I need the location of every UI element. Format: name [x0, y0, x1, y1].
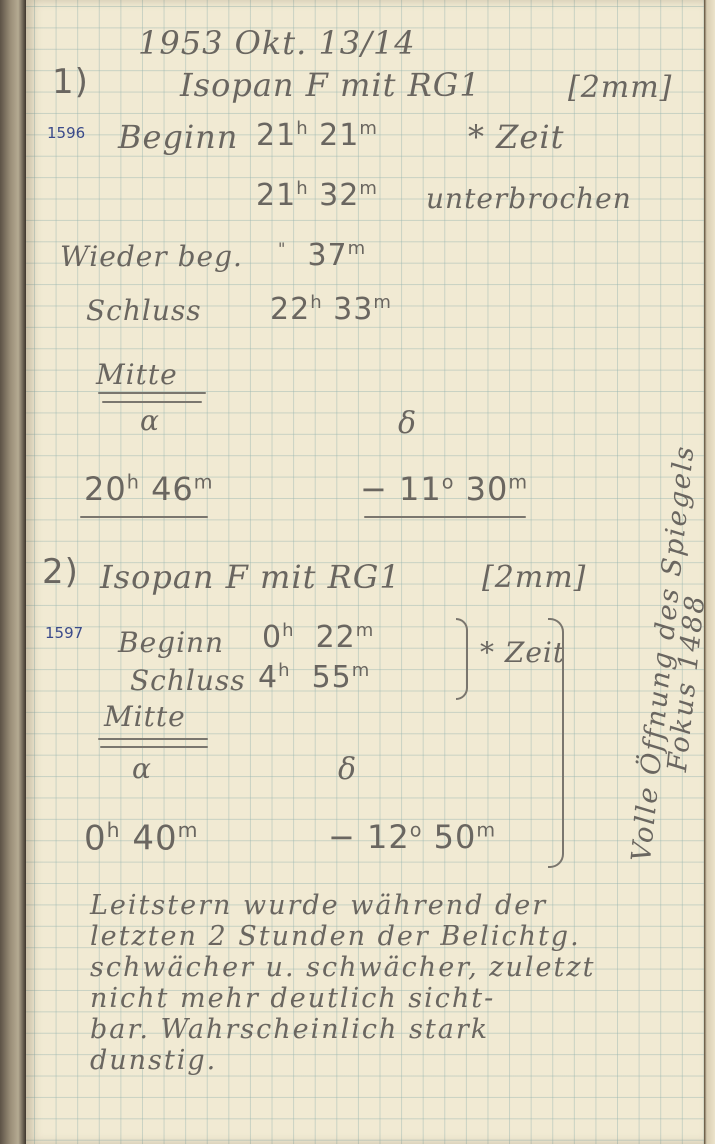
- entry-1-mitte-underline: [98, 392, 206, 394]
- entry-2-alpha-label: α: [132, 752, 152, 785]
- hours: 21: [256, 118, 296, 153]
- hours: 21: [256, 178, 296, 213]
- entry-1-begin-label: Beginn: [118, 118, 238, 156]
- entry-2-end-time: 4h 55m: [258, 660, 370, 695]
- minutes: 40: [132, 818, 177, 858]
- entry-2-delta-label: δ: [338, 752, 357, 787]
- hours: 4: [258, 660, 278, 695]
- entry-2-mitte-underline-2: [100, 746, 208, 748]
- entry-2-time-brace: [456, 618, 468, 700]
- entry-1-resume-label: Wieder beg.: [60, 240, 243, 273]
- entry-1-filter: [2mm]: [568, 70, 672, 105]
- entry-1-interrupt-note: unterbrochen: [426, 182, 632, 215]
- degrees: 11: [399, 470, 442, 508]
- sign: −: [360, 470, 388, 508]
- entry-2-right-ascension: 0h 40m: [84, 818, 199, 858]
- minutes: 21: [319, 118, 359, 153]
- entry-2-begin-time: 0h 22m: [262, 620, 374, 655]
- entry-1-star-time: * Zeit: [468, 118, 564, 156]
- remark-line: bar. Wahrscheinlich stark: [90, 1014, 690, 1045]
- entry-1-right-ascension: 20h 46m: [84, 470, 213, 508]
- degrees: 12: [367, 818, 410, 856]
- page-edge: [704, 0, 715, 1144]
- minutes: 22: [316, 620, 356, 655]
- entry-2-end-label: Schluss: [130, 664, 246, 697]
- entry-1-index: 1): [52, 62, 89, 102]
- minutes: 32: [319, 178, 359, 213]
- entry-1-interrupt-time: 21h 32m: [256, 178, 378, 213]
- entry-1-end-time: 22h 33m: [270, 292, 392, 327]
- entry-2-declination: − 12o 50m: [328, 818, 496, 856]
- ditto-mark: ": [278, 239, 286, 258]
- remark-line: letzten 2 Stunden der Belichtg.: [90, 921, 690, 952]
- entry-1-plate-number: 1596: [47, 124, 85, 142]
- entry-2-plate-number: 1597: [45, 624, 83, 642]
- entry-1-alpha-label: α: [140, 404, 160, 437]
- minutes: 46: [151, 470, 194, 508]
- entry-1-end-label: Schluss: [86, 294, 202, 327]
- entry-date: 1953 Okt. 13/14: [138, 24, 416, 62]
- entry-2-emulsion: Isopan F mit RG1: [100, 558, 401, 596]
- hours: 0: [84, 818, 107, 858]
- minutes: 33: [333, 292, 373, 327]
- sign: −: [328, 818, 356, 856]
- hours: 22: [270, 292, 310, 327]
- entry-2-mitte-label: Mitte: [104, 700, 186, 733]
- entry-1-resume-time: " 37m: [278, 238, 366, 273]
- minutes: 55: [312, 660, 352, 695]
- arcminutes: 50: [434, 818, 477, 856]
- remark-line: Leitstern wurde während der: [90, 890, 690, 921]
- hours: 0: [262, 620, 282, 655]
- entry-2-index: 2): [42, 552, 79, 592]
- entry-2-mitte-underline: [98, 738, 208, 740]
- entry-1-delta-label: δ: [398, 406, 417, 441]
- entry-1-emulsion: Isopan F mit RG1: [180, 66, 481, 104]
- entry-1-mitte-underline-2: [102, 401, 202, 403]
- entry-2-begin-label: Beginn: [118, 626, 224, 659]
- minutes: 37: [307, 238, 347, 273]
- entry-2-outer-brace: [548, 618, 564, 868]
- entry-1-mitte-label: Mitte: [96, 358, 178, 391]
- guide-star-remark: Leitstern wurde während der letzten 2 St…: [90, 890, 690, 1076]
- hours: 20: [84, 470, 127, 508]
- remark-line: schwächer u. schwächer, zuletzt: [90, 952, 690, 983]
- book-spine: [0, 0, 26, 1144]
- entry-1-declination: − 11o 30m: [360, 470, 528, 508]
- entry-1-dec-underline: [364, 516, 526, 518]
- remark-line: dunstig.: [90, 1045, 690, 1076]
- remark-line: nicht mehr deutlich sicht-: [90, 983, 690, 1014]
- entry-2-filter: [2mm]: [482, 560, 586, 595]
- entry-1-begin-time: 21h 21m: [256, 118, 378, 153]
- entry-1-ra-underline: [80, 516, 208, 518]
- arcminutes: 30: [466, 470, 509, 508]
